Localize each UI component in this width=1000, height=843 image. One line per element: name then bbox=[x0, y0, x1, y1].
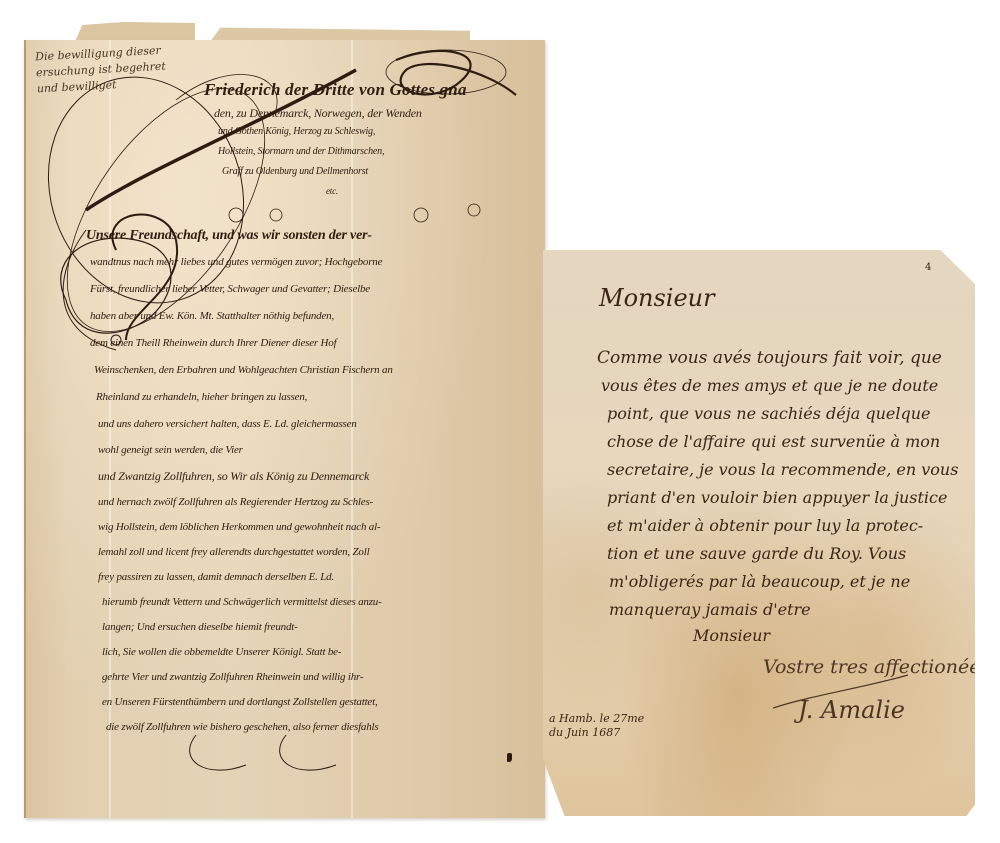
letter-body-line: wandtnus nach mehr liebes und gutes verm… bbox=[90, 256, 540, 268]
letter-body-line: tion et une sauve garde du Roy. Vous bbox=[607, 544, 906, 564]
letter-body-line: gehrte Vier und zwantzig Zollfuhren Rhei… bbox=[102, 671, 363, 683]
letter-body-line: wig Hollstein, dem löblichen Herkommen u… bbox=[98, 521, 380, 533]
letter-heading-line: Graff zu Oldenburg und Dellmenhorst bbox=[222, 166, 368, 177]
letter-body-line: priant d'en vouloir bien appuyer la just… bbox=[607, 488, 947, 508]
letter-dateline: a Hamb. le 27me du Juin 1687 bbox=[549, 712, 644, 740]
letter-body-line: lemahl zoll und licent frey allerendts d… bbox=[98, 546, 369, 558]
letter-body-line: und uns dahero versichert halten, dass E… bbox=[98, 418, 357, 430]
letter-body-line: wohl geneigt sein werden, die Vier bbox=[98, 444, 243, 456]
letter-body: wandtnus nach mehr liebes und gutes verm… bbox=[90, 256, 540, 268]
left-letter-torn-edge bbox=[75, 22, 195, 42]
letter-body-line: Rheinland zu erhandeln, hieher bringen z… bbox=[96, 391, 307, 403]
letter-body-first-line: Unsere Freundschaft, und was wir sonsten… bbox=[86, 228, 372, 244]
letter-body-line: lich, Sie wollen die obbemeldte Unserer … bbox=[102, 646, 341, 658]
letter-body-line: dem einen Theill Rheinwein durch Ihrer D… bbox=[90, 337, 336, 349]
letter-body-line: chose de l'affaire qui est survenüe à mo… bbox=[607, 432, 940, 452]
letter-closing: Vostre tres affectionée bbox=[763, 656, 980, 678]
letter-body-line: en Unseren Fürstenthümbern und dortlangs… bbox=[102, 696, 378, 708]
letter-body-line: m'obligerés par là beaucoup, et je ne bbox=[609, 572, 910, 592]
marginal-note: Die bewilligung dieser ersuchung ist beg… bbox=[35, 43, 167, 98]
letter-body-line: Fürst, freundlicher lieber Vetter, Schwa… bbox=[90, 283, 370, 295]
letter-body-line: langen; Und ersuchen dieselbe hiemit fre… bbox=[102, 621, 298, 633]
letter-body-line: und Zwantzig Zollfuhren, so Wir als Köni… bbox=[98, 470, 369, 482]
letter-body-line: manqueray jamais d'etre bbox=[609, 600, 811, 620]
letter-body-line: haben aber und Ew. Kön. Mt. Statthalter … bbox=[90, 310, 334, 322]
right-letter-sheet: 4 Monsieur Comme vous avés toujours fait… bbox=[543, 250, 975, 816]
letter-body-line: point, que vous ne sachiés déja quelque bbox=[607, 404, 930, 424]
letter-closing-salutation: Monsieur bbox=[693, 626, 770, 645]
letter-body-line: Weinschenken, den Erbahren und Wohlgeach… bbox=[94, 364, 393, 376]
letter-body-line: frey passiren zu lassen, damit demnach d… bbox=[98, 571, 334, 583]
letter-signature: J. Amalie bbox=[798, 696, 905, 724]
left-letter-sheet: Die bewilligung dieser ersuchung ist beg… bbox=[24, 40, 545, 818]
letter-body-line: vous êtes de mes amys et que je ne doute bbox=[601, 376, 938, 396]
dateline-date: du Juin 1687 bbox=[549, 726, 644, 740]
letter-body-line: die zwölf Zollfuhren wie bishero gescheh… bbox=[106, 721, 378, 733]
letter-body-line: Comme vous avés toujours fait voir, que bbox=[597, 348, 942, 368]
letter-body-line: hierumb freundt Vettern und Schwägerlich… bbox=[102, 596, 382, 608]
letter-heading-line: etc. bbox=[326, 186, 338, 196]
letter-body-line: secretaire, je vous la recommende, en vo… bbox=[607, 460, 958, 480]
letter-heading-line: und Gothen König, Herzog zu Schleswig, bbox=[218, 126, 375, 137]
letter-heading-line: Hollstein, Stormarn und der Dithmarschen… bbox=[218, 146, 384, 157]
letter-body-line: und hernach zwölf Zollfuhren als Regiere… bbox=[98, 496, 373, 508]
page-number-mark: 4 bbox=[925, 262, 931, 273]
letter-salutation: Monsieur bbox=[599, 284, 715, 312]
dateline-place: a Hamb. le 27me bbox=[549, 712, 644, 726]
letter-heading-title: Friederich der Dritte von Gottes gna bbox=[204, 80, 467, 100]
letter-heading-line: den, zu Dennemarck, Norwegen, der Wenden bbox=[214, 106, 422, 121]
calligraphic-flourish-icon bbox=[176, 730, 496, 790]
letter-body-line: et m'aider à obtenir pour luy la protec- bbox=[607, 516, 923, 536]
ink-blot bbox=[507, 753, 512, 762]
